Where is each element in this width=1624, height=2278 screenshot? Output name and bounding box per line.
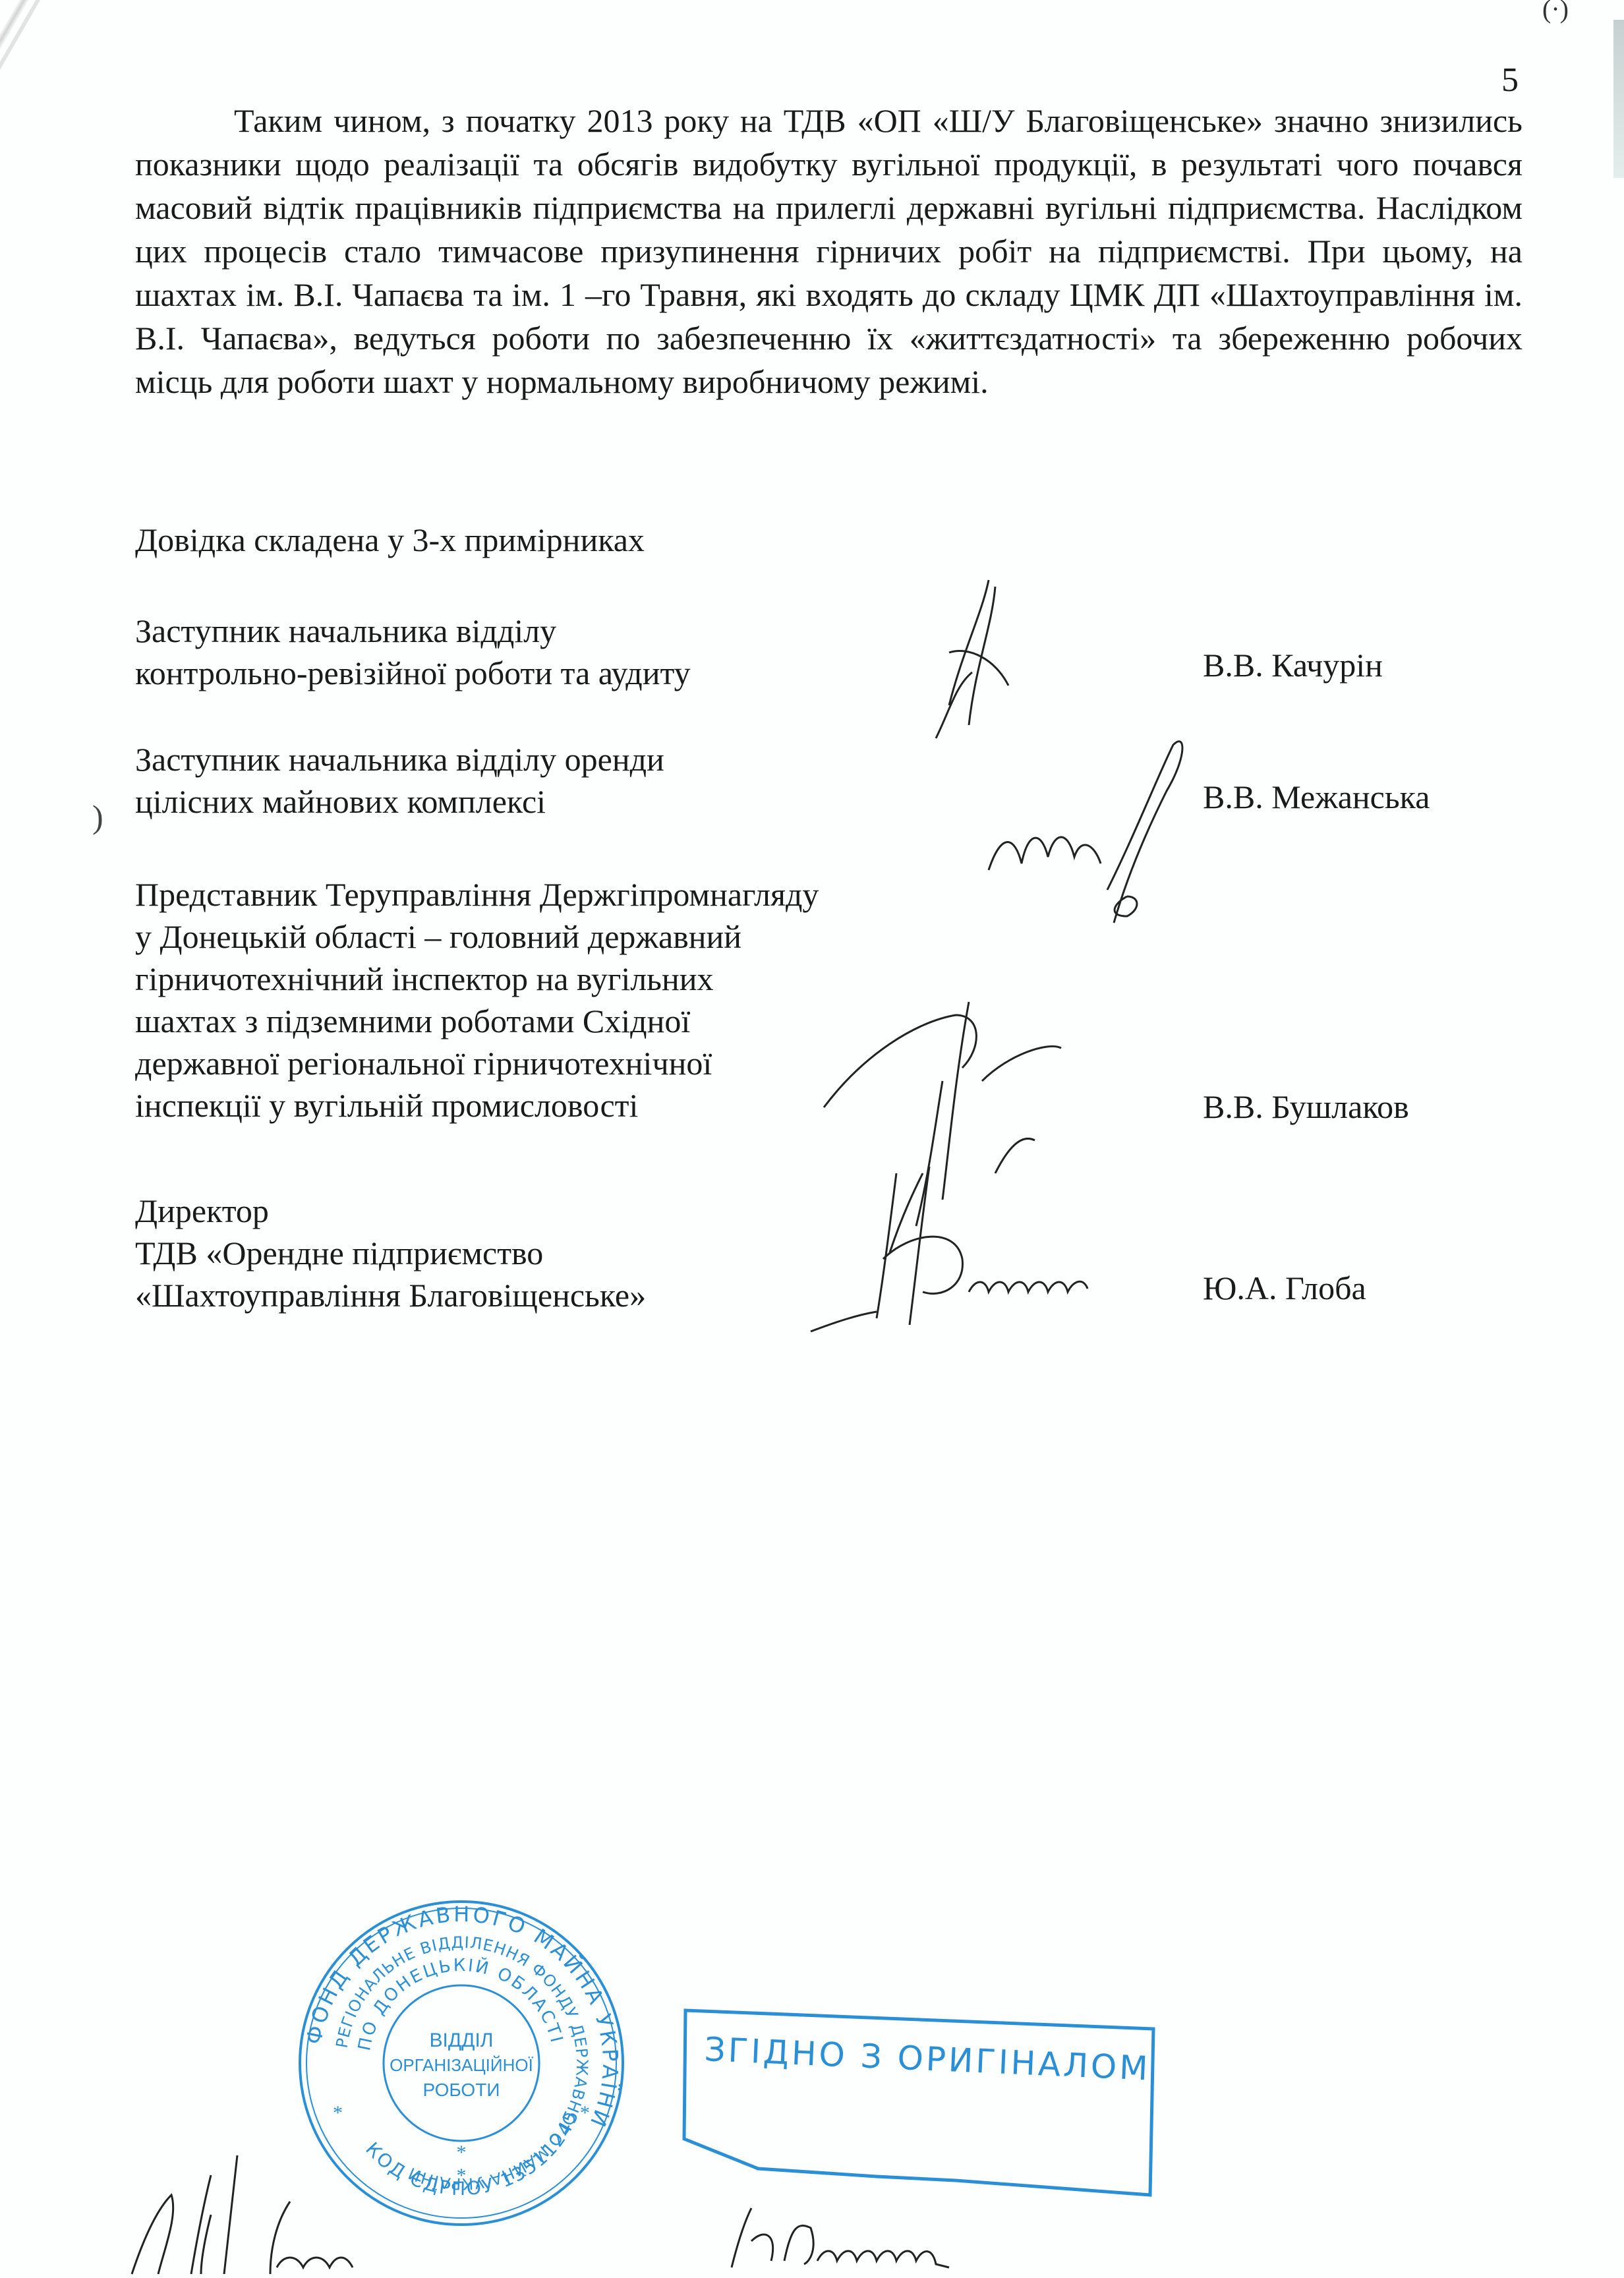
scan-edge-artifact [1613, 20, 1624, 178]
position-line: у Донецькій області – головний державний [135, 916, 819, 958]
position-line: Директор [135, 1190, 646, 1232]
handwritten-signature [975, 732, 1213, 929]
signatory-name: В.В. Качурін [1203, 646, 1383, 684]
copies-note: Довідка складена у 3-х примірниках [135, 521, 645, 559]
position-line: шахтах з підземними роботами Східної [135, 1000, 819, 1042]
signatory-position: Представник Теруправління Держгіпромнагл… [135, 873, 819, 1126]
signatory-position: Директор ТДВ «Орендне підприємство «Шахт… [135, 1190, 646, 1316]
position-line: «Шахтоуправління Благовіщенське» [135, 1274, 646, 1316]
stamp-center-line: ВІДДІЛ [429, 2030, 493, 2051]
handwritten-signature [119, 2155, 448, 2278]
star-icon: * [580, 2102, 590, 2124]
corner-mark: (·) [1542, 0, 1569, 24]
position-line: Представник Теруправління Держгіпромнагл… [135, 873, 819, 916]
star-icon: * [457, 2165, 467, 2186]
position-line: Заступник начальника відділу [135, 610, 691, 652]
scan-fold-shadow [0, 0, 34, 180]
signatory-name: В.В. Межанська [1203, 778, 1430, 816]
signatory-name: Ю.А. Глоба [1203, 1269, 1366, 1307]
stamp-center-line: ОРГАНІЗАЦІЙНОЇ [390, 2055, 533, 2075]
position-line: контрольно-ревізійної роботи та аудиту [135, 652, 691, 694]
page-number: 5 [1501, 61, 1519, 100]
star-icon: * [333, 2102, 343, 2124]
position-line: цілісних майнових комплексі [135, 780, 664, 823]
signatory-name: В.В. Бушлаков [1203, 1088, 1409, 1126]
stamp-center-line: РОБОТИ [423, 2080, 500, 2100]
star-icon: * [457, 2142, 467, 2163]
signatory-position: Заступник начальника відділу контрольно-… [135, 610, 691, 694]
scan-mark: ) [92, 798, 103, 836]
handwritten-signature [910, 573, 1081, 758]
position-line: Заступник начальника відділу оренди [135, 738, 664, 780]
position-line: гірничотехнічний інспектор на вугільних [135, 958, 819, 1000]
body-paragraph: Таким чином, з початку 2013 року на ТДВ … [135, 99, 1522, 403]
signatory-position: Заступник начальника відділу оренди цілі… [135, 738, 664, 823]
handwritten-signature [725, 2202, 1002, 2278]
position-line: державної регіональної гірничотехнічної [135, 1042, 819, 1084]
position-line: ТДВ «Орендне підприємство [135, 1232, 646, 1274]
handwritten-signature [811, 1160, 1206, 1358]
position-line: інспекції у вугільній промисловості [135, 1084, 819, 1126]
